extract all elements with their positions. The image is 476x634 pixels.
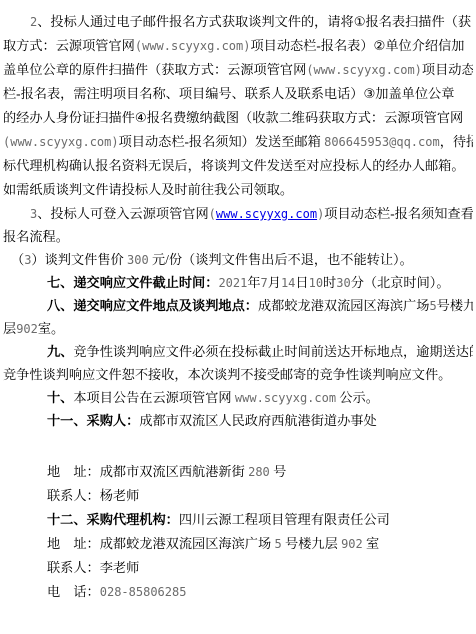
text-run: 号 bbox=[270, 464, 286, 479]
latin-run: 806645953@qq.com bbox=[324, 135, 440, 149]
bold-heading-run: 八、递交响应文件地点及谈判地点： bbox=[47, 298, 258, 313]
text-run: 竞争性谈判响应文件恕不接收，本次谈判不接受邮寄的竞争性谈判响应文件。 bbox=[3, 367, 451, 382]
text-run: 室。 bbox=[38, 321, 64, 336]
text-line: 地 址：成都蛟龙港双流园区海滨广场 5 号楼九层 902 室 bbox=[3, 532, 473, 556]
text-run: ，待招 bbox=[440, 134, 473, 149]
field-purchaser-address: 地 址：成都市双流区西航港新街 280 号 bbox=[3, 460, 473, 484]
bold-heading-run: 十一、采购人： bbox=[47, 413, 139, 428]
text-run: 公示。 bbox=[336, 390, 379, 405]
latin-run: 2021 bbox=[218, 276, 247, 290]
text-run: 成都市双流区人民政府西航港街道办事处 bbox=[139, 413, 376, 428]
text-run: 联系人：杨老师 bbox=[47, 488, 139, 503]
latin-run: 7 bbox=[261, 276, 268, 290]
field-purchaser-contact: 联系人：杨老师 bbox=[3, 484, 473, 508]
field-agency-phone: 电 话：028-85806285 bbox=[3, 580, 473, 604]
clause-10-announcement: 十、本项目公告在云源项管官网 www.scyyxg.com 公示。 bbox=[3, 386, 473, 409]
latin-run: 5 bbox=[274, 537, 281, 551]
text-line: 如需纸质谈判文件请投标人及时前往我公司领取。 bbox=[3, 178, 473, 202]
text-line: 盖单位公章的原件扫描件（获取方式：云源项管官网(www.scyyxg.com)项… bbox=[3, 58, 473, 82]
text-line: 2、投标人通过电子邮件报名方式获取谈判文件的，请将①报名表扫描件（获 bbox=[3, 10, 473, 34]
text-run: 项目动态 bbox=[422, 62, 473, 77]
bold-heading-run: 七、递交响应文件截止时间： bbox=[47, 275, 218, 290]
text-line: 3、投标人可登入云源项管官网(www.scyyxg.com)项目动态栏-报名须知… bbox=[3, 202, 473, 225]
text-run: 如需纸质谈判文件请投标人及时前往我公司领取。 bbox=[3, 182, 293, 197]
para-3-website-registration: 3、投标人可登入云源项管官网(www.scyyxg.com)项目动态栏-报名须知… bbox=[3, 202, 473, 248]
clause-12-procurement-agency: 十二、采购代理机构：四川云源工程项目管理有限责任公司 bbox=[3, 508, 473, 532]
latin-run: www.scyyxg.com bbox=[235, 391, 336, 405]
text-run: 号楼九层 bbox=[282, 536, 341, 551]
latin-run: (www.scyyxg.com) bbox=[306, 63, 422, 77]
bold-heading-run: 九、 bbox=[47, 344, 73, 359]
text-run: 、投标人通过电子邮件报名方式获取谈判文件的，请将①报名表扫描件（获 bbox=[37, 14, 471, 29]
text-line: 九、竞争性谈判响应文件必须在投标截止时间前送达开标地点，逾期送达的 bbox=[3, 340, 473, 363]
text-run: 室 bbox=[363, 536, 379, 551]
text-run: 年 bbox=[247, 275, 260, 290]
text-run: 四川云源工程项目管理有限责任公司 bbox=[179, 512, 390, 527]
text-run: 号楼九 bbox=[437, 298, 473, 313]
text-line: 联系人：李老师 bbox=[3, 556, 473, 580]
text-run: 日 bbox=[295, 275, 308, 290]
text-line: 地 址：成都市双流区西航港新街 280 号 bbox=[3, 460, 473, 484]
text-line: 标代理机构确认报名资料无误后，将谈判文件发送至对应投标人的经办人邮箱。 bbox=[3, 154, 473, 178]
latin-run: 902 bbox=[341, 537, 363, 551]
text-run: 项目动态栏-报名表）②单位介绍信加 bbox=[250, 38, 464, 53]
para-2-email-registration: 2、投标人通过电子邮件报名方式获取谈判文件的，请将①报名表扫描件（获取方式：云源… bbox=[3, 10, 473, 202]
text-run: 竞争性谈判响应文件必须在投标截止时间前送达开标地点，逾期送达的 bbox=[73, 344, 473, 359]
text-run: 分（北京时间）。 bbox=[351, 275, 450, 290]
clause-11-purchaser: 十一、采购人：成都市双流区人民政府西航港街道办事处 bbox=[3, 409, 473, 432]
text-run: 月 bbox=[268, 275, 281, 290]
text-run: 时 bbox=[323, 275, 336, 290]
text-run: 联系人：李老师 bbox=[47, 560, 139, 575]
website-link[interactable]: www.scyyxg.com bbox=[216, 207, 317, 221]
clause-3-document-price: （3）谈判文件售价 300 元/份（谈判文件售出后不退，也不能转让）。 bbox=[3, 248, 473, 271]
text-run: 栏-报名表，需注明项目名称、项目编号、联系人及联系电话）③加盖单位公章 bbox=[3, 86, 454, 101]
text-line: 取方式：云源项管官网(www.scyyxg.com)项目动态栏-报名表）②单位介… bbox=[3, 34, 473, 58]
latin-run: 14 bbox=[281, 276, 295, 290]
latin-run: 028-85806285 bbox=[100, 585, 187, 599]
clause-9-delivery-rules: 九、竞争性谈判响应文件必须在投标截止时间前送达开标地点，逾期送达的竞争性谈判响应… bbox=[3, 340, 473, 386]
text-run: 的经办人身份证扫描件④报名费缴纳截图（收款二维码获取方式：云源项管官网 bbox=[3, 110, 463, 125]
latin-run: 30 bbox=[336, 276, 350, 290]
document-page: 2、投标人通过电子邮件报名方式获取谈判文件的，请将①报名表扫描件（获取方式：云源… bbox=[0, 0, 476, 604]
latin-run: (www.scyyxg.com) bbox=[135, 39, 251, 53]
clause-8-submission-location: 八、递交响应文件地点及谈判地点：成都蛟龙港双流园区海滨广场5号楼九层902室。 bbox=[3, 294, 473, 340]
text-line: 十二、采购代理机构：四川云源工程项目管理有限责任公司 bbox=[3, 508, 473, 532]
document-body: 2、投标人通过电子邮件报名方式获取谈判文件的，请将①报名表扫描件（获取方式：云源… bbox=[3, 10, 473, 604]
latin-run: 5 bbox=[429, 299, 436, 313]
text-run: ）谈判文件售价 bbox=[31, 252, 127, 267]
text-line: 十、本项目公告在云源项管官网 www.scyyxg.com 公示。 bbox=[3, 386, 473, 409]
text-run: 取方式：云源项管官网 bbox=[3, 38, 135, 53]
text-line: 十一、采购人：成都市双流区人民政府西航港街道办事处 bbox=[3, 409, 473, 432]
text-run: 标代理机构确认报名资料无误后，将谈判文件发送至对应投标人的经办人邮箱。 bbox=[3, 158, 465, 173]
text-run: （ bbox=[11, 252, 24, 267]
text-run: 层 bbox=[3, 321, 16, 336]
text-run: 电 话： bbox=[47, 584, 100, 599]
text-line: 电 话：028-85806285 bbox=[3, 580, 473, 604]
text-run: 盖单位公章的原件扫描件（获取方式：云源项管官网 bbox=[3, 62, 306, 77]
bold-heading-run: 十、 bbox=[47, 390, 73, 405]
latin-run: 902 bbox=[16, 322, 38, 336]
text-run: 、投标人可登入云源项管官网 bbox=[37, 206, 208, 221]
text-line: （3）谈判文件售价 300 元/份（谈判文件售出后不退，也不能转让）。 bbox=[3, 248, 473, 271]
text-run: 元/份（谈判文件售出后不退，也不能转让）。 bbox=[149, 252, 413, 267]
field-agency-address: 地 址：成都蛟龙港双流园区海滨广场 5 号楼九层 902 室 bbox=[3, 532, 473, 556]
bold-heading-run: 十二、采购代理机构： bbox=[47, 512, 179, 527]
text-run: 地 址：成都市双流区西航港新街 bbox=[47, 464, 248, 479]
text-line: 七、递交响应文件截止时间：2021年7月14日10时30分（北京时间）。 bbox=[3, 271, 473, 294]
text-line: 层902室。 bbox=[3, 317, 473, 340]
text-run: 报名流程。 bbox=[3, 229, 69, 244]
field-agency-contact: 联系人：李老师 bbox=[3, 556, 473, 580]
text-line: 栏-报名表，需注明项目名称、项目编号、联系人及联系电话）③加盖单位公章 bbox=[3, 82, 473, 106]
latin-run: (www.scyyxg.com) bbox=[3, 135, 119, 149]
text-line: 的经办人身份证扫描件④报名费缴纳截图（收款二维码获取方式：云源项管官网 bbox=[3, 106, 473, 130]
latin-run: 300 bbox=[127, 253, 149, 267]
text-run: 地 址：成都蛟龙港双流园区海滨广场 bbox=[47, 536, 274, 551]
text-run: 本项目公告在云源项管官网 bbox=[73, 390, 235, 405]
text-line: 联系人：杨老师 bbox=[3, 484, 473, 508]
text-line: (www.scyyxg.com)项目动态栏-报名须知）发送至邮箱 8066459… bbox=[3, 130, 473, 154]
clause-7-submission-deadline: 七、递交响应文件截止时间：2021年7月14日10时30分（北京时间）。 bbox=[3, 271, 473, 294]
text-run: 成都蛟龙港双流园区海滨广场 bbox=[258, 298, 429, 313]
latin-run: 10 bbox=[309, 276, 323, 290]
text-run: 项目动态栏-报名须知）发送至邮箱 bbox=[119, 134, 325, 149]
latin-run: ( bbox=[209, 207, 216, 221]
text-line: 报名流程。 bbox=[3, 225, 473, 248]
text-line: 八、递交响应文件地点及谈判地点：成都蛟龙港双流园区海滨广场5号楼九 bbox=[3, 294, 473, 317]
text-run: 项目动态栏-报名须知查看 bbox=[324, 206, 473, 221]
latin-run: 280 bbox=[248, 465, 270, 479]
text-line: 竞争性谈判响应文件恕不接收，本次谈判不接受邮寄的竞争性谈判响应文件。 bbox=[3, 363, 473, 386]
